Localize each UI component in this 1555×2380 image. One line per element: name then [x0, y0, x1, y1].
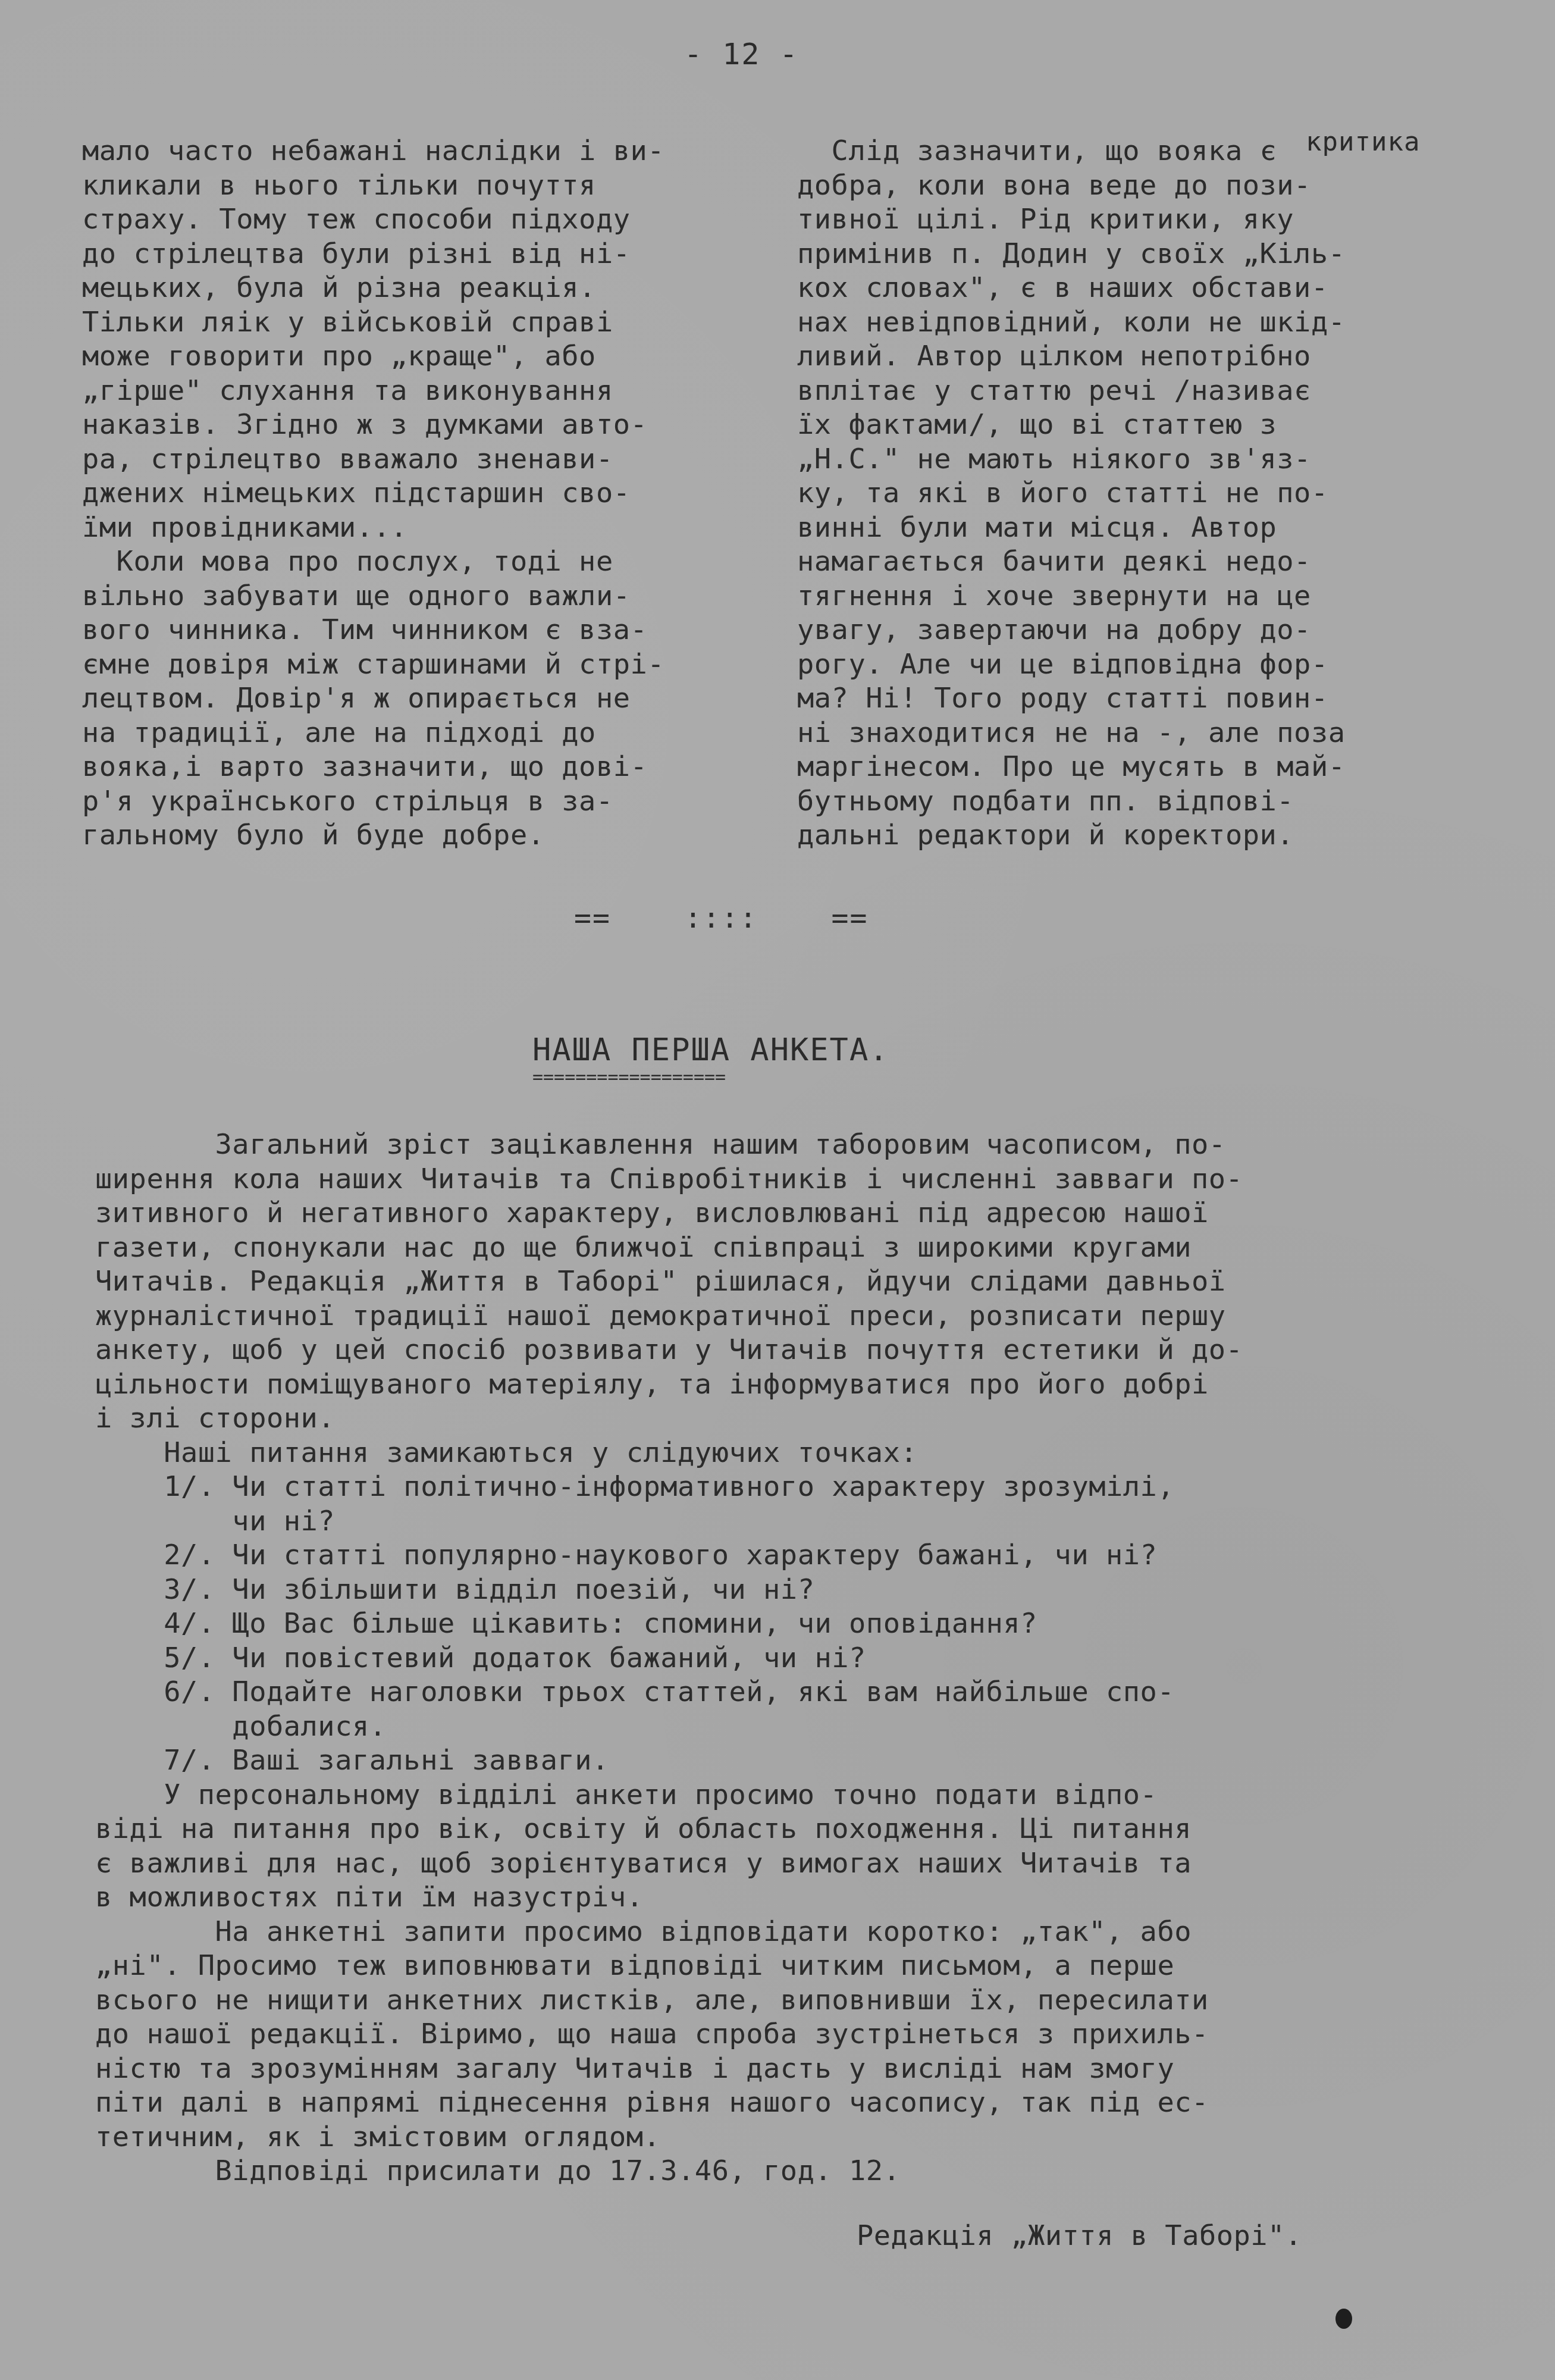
text-line: кох словах", є в наших обстави-	[797, 271, 1345, 305]
document-page: - 12 - мало часто небажані наслідки і ви…	[0, 0, 1555, 2380]
editorial-signature: Редакція „Життя в Таборі".	[857, 2219, 1302, 2252]
text-line: р'я українського стрільця в за-	[82, 784, 664, 819]
text-line: ємне довіря між старшинами й стрі-	[82, 647, 664, 682]
text-line: лецтвом. Довір'я ж опирається не	[82, 681, 664, 716]
text-line: мало часто небажані наслідки і ви-	[82, 134, 664, 168]
text-line: наказів. Згідно ж з думками авто-	[82, 408, 664, 442]
article-title: НАША ПЕРША АНКЕТА.	[532, 1032, 889, 1068]
text-line: вільно забувати ще одного важли-	[82, 579, 664, 613]
text-line: „гірше" слухання та виконування	[82, 374, 664, 408]
text-line: вплітає у статтю речі /називає	[797, 374, 1345, 408]
right-column-text: Слід зазначити, що вояка єдобра, коли во…	[797, 134, 1345, 853]
text-line: піти далі в напрямі піднесення рівня наш…	[95, 2085, 1243, 2120]
text-line: чи ні?	[95, 1504, 1243, 1539]
text-line: цільности поміщуваного матеріялу, та інф…	[95, 1367, 1243, 1402]
text-line: віді на питання про вік, освіту й област…	[95, 1812, 1243, 1846]
text-line: У персональному відділі анкети просимо т…	[95, 1778, 1243, 1812]
text-line: всього не нищити анкетних листків, але, …	[95, 1983, 1243, 2018]
text-line: дальні редактори й коректори.	[797, 818, 1345, 853]
text-line: зитивного й негативного характеру, висло…	[95, 1196, 1243, 1230]
text-line: журналістичної традиції нашої демократич…	[95, 1299, 1243, 1333]
text-line: ливий. Автор цілком непотрібно	[797, 339, 1345, 374]
text-line: ні знаходитися не на -, але поза	[797, 716, 1345, 750]
text-line: ку, та які в його статті не по-	[797, 476, 1345, 511]
text-line: їми провідниками...	[82, 511, 664, 545]
article-body: Загальний зріст зацікавлення нашим табор…	[95, 1128, 1243, 2188]
text-line: ра, стрілецтво вважало зненави-	[82, 442, 664, 477]
text-line: їх фактами/, що ві статтею з	[797, 408, 1345, 442]
text-line: 2/. Чи статті популярно-наукового характ…	[95, 1538, 1243, 1573]
text-line: На анкетні запити просимо відповідати ко…	[95, 1915, 1243, 1949]
text-line: 1/. Чи статті політично-інформативного х…	[95, 1470, 1243, 1504]
section-separator: == :::: ==	[574, 901, 868, 935]
text-line: газети, спонукали нас до ще ближчої спів…	[95, 1230, 1243, 1265]
page-number: - 12 -	[684, 37, 799, 71]
text-line: кликали в нього тільки почуття	[82, 168, 664, 203]
text-line: є важливі для нас, щоб зорієнтуватися у …	[95, 1846, 1243, 1881]
text-line: страху. Тому теж способи підходу	[82, 202, 664, 237]
text-line: тивної цілі. Рід критики, яку	[797, 202, 1345, 237]
text-line: тетичним, як і змістовим оглядом.	[95, 2120, 1243, 2154]
ink-blot	[1335, 2309, 1352, 2329]
text-line: Тільки ляік у військовій справі	[82, 305, 664, 340]
text-line: Читачів. Редакція „Життя в Таборі" рішил…	[95, 1264, 1243, 1299]
text-line: ширення кола наших Читачів та Співробітн…	[95, 1162, 1243, 1197]
text-line: до стрілецтва були різні від ні-	[82, 237, 664, 271]
text-line: мецьких, була й різна реакція.	[82, 271, 664, 305]
text-line: винні були мати місця. Автор	[797, 511, 1345, 545]
text-line: анкету, щоб у цей спосіб розвивати у Чит…	[95, 1333, 1243, 1367]
title-underline: ==================	[532, 1069, 726, 1086]
text-line: тягнення і хоче звернути на це	[797, 579, 1345, 613]
left-column-text: мало часто небажані наслідки і ви-кликал…	[82, 134, 664, 853]
text-line: на традиції, але на підході до	[82, 716, 664, 750]
text-line: 3/. Чи збільшити відділ поезій, чи ні?	[95, 1573, 1243, 1607]
text-line: 4/. Що Вас більше цікавить: спомини, чи …	[95, 1606, 1243, 1641]
text-line: гальному було й буде добре.	[82, 818, 664, 853]
text-line: Коли мова про послух, тоді не	[82, 544, 664, 579]
text-line: 7/. Ваші загальні завваги.	[95, 1743, 1243, 1778]
text-line: до нашої редакції. Віримо, що наша спроб…	[95, 2017, 1243, 2052]
text-line: 6/. Подайте наголовки трьох статтей, які…	[95, 1675, 1243, 1709]
text-line: увагу, завертаючи на добру до-	[797, 613, 1345, 647]
text-line: ністю та зрозумінням загалу Читачів і да…	[95, 2052, 1243, 2086]
text-line: і злі сторони.	[95, 1401, 1243, 1436]
text-line: примінив п. Додин у своїх „Кіль-	[797, 237, 1345, 271]
text-line: джених німецьких підстаршин сво-	[82, 476, 664, 511]
text-line: 5/. Чи повістевий додаток бажаний, чи ні…	[95, 1641, 1243, 1676]
text-line: добалися.	[95, 1709, 1243, 1744]
text-line: добра, коли вона веде до пози-	[797, 168, 1345, 203]
text-line: намагається бачити деякі недо-	[797, 544, 1345, 579]
text-line: в можливостях піти їм назустріч.	[95, 1880, 1243, 1915]
text-line: ма? Ні! Того роду статті повин-	[797, 681, 1345, 716]
text-line: вого чинника. Тим чинником є вза-	[82, 613, 664, 647]
text-line: Наші питання замикаються у слідуючих точ…	[95, 1436, 1243, 1470]
text-line: може говорити про „краще", або	[82, 339, 664, 374]
text-line: нах невідповідний, коли не шкід-	[797, 305, 1345, 340]
text-line: „Н.С." не мають ніякого зв'яз-	[797, 442, 1345, 477]
text-line: Слід зазначити, що вояка є	[797, 134, 1345, 168]
text-line: бутньому подбати пп. відпові-	[797, 784, 1345, 819]
text-line: рогу. Але чи це відповідна фор-	[797, 647, 1345, 682]
text-line: маргінесом. Про це мусять в май-	[797, 750, 1345, 784]
text-line: „ні". Просимо теж виповнювати відповіді …	[95, 1949, 1243, 1983]
text-line: Загальний зріст зацікавлення нашим табор…	[95, 1128, 1243, 1162]
text-line: вояка,і варто зазначити, що дові-	[82, 750, 664, 784]
text-line: Відповіді присилати до 17.3.46, год. 12.	[95, 2154, 1243, 2188]
